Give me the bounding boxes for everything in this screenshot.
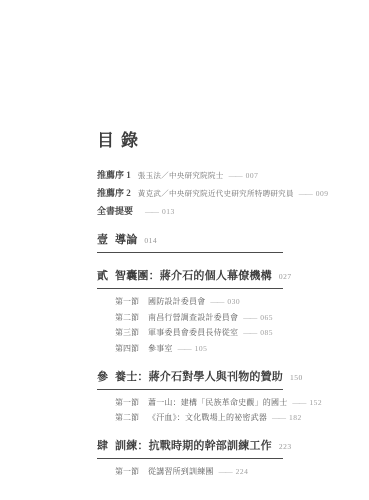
dash-separator: —— [292,398,305,407]
chapter-section-2: 貳 智囊團：蔣介石的個人幕僚機構 027 第一節 國防設計委員會 —— 030 … [97,267,283,354]
toc-item-row: 第二節 南昌行營調查設計委員會 —— 065 [115,312,283,323]
dash-separator: —— [145,207,158,216]
dash-separator: —— [178,344,191,353]
front-matter-label: 推薦序 2 [97,186,131,199]
book-page: 目錄 推薦序 1 張玉法／中央研究院院士 —— 007 推薦序 2 黃克武／中央… [0,0,369,500]
item-title: 軍事委員會委員長侍從室 [148,327,238,338]
dash-separator: —— [219,467,232,476]
dash-separator: —— [272,413,285,422]
front-matter-list: 推薦序 1 張玉法／中央研究院院士 —— 007 推薦序 2 黃克武／中央研究院… [97,168,283,217]
chapter-page-number: 223 [279,442,292,451]
chapter-page-number: 150 [290,373,303,382]
chapter-heading: 貳 智囊團：蔣介石的個人幕僚機構 027 [97,267,283,289]
item-title: 從講習所到訓練團 [148,466,214,477]
chapter-heading: 肆 訓練：抗戰時期的幹部訓練工作 223 [97,437,283,459]
front-matter-author: 張玉法／中央研究院院士 [138,170,224,181]
page-number: 085 [260,328,273,337]
dash-separator: —— [299,189,312,198]
toc-item-row: 第四節 參事室 —— 105 [115,343,283,354]
item-label: 第一節 [115,466,139,477]
toc-item-row: 第一節 國防設計委員會 —— 030 [115,296,283,307]
chapter-heading: 壹 導論 014 [97,231,283,253]
chapter-list: 壹 導論 014 貳 智囊團：蔣介石的個人幕僚機構 027 第一節 國防設計委員… [97,231,283,477]
page-number: 009 [316,189,329,198]
page-number: 152 [309,398,322,407]
item-label: 第四節 [115,343,139,354]
chapter-page-number: 027 [279,272,292,281]
item-title: 參事室 [148,343,173,354]
chapter-item-list: 第一節 從講習所到訓練團 —— 224 [97,466,283,477]
dash-separator: —— [243,313,256,322]
chapter-number: 貳 [97,267,108,283]
chapter-title: 養士：蔣介石對學人與刊物的贊助 [115,368,283,384]
page-number: 182 [289,413,302,422]
toc-item-row: 第二節 《汗血》：文化戰場上的祕密武器 —— 182 [115,412,283,423]
page-title: 目錄 [97,126,283,151]
item-title: 國防設計委員會 [148,296,205,307]
item-title: 南昌行營調查設計委員會 [148,312,238,323]
chapter-item-list: 第一節 國防設計委員會 —— 030 第二節 南昌行營調查設計委員會 —— 06… [97,296,283,354]
chapter-section-1: 壹 導論 014 [97,231,283,253]
toc-item-row: 第三節 軍事委員會委員長侍從室 —— 085 [115,327,283,338]
chapter-number: 參 [97,368,108,384]
chapter-item-list: 第一節 蕭一山：建構「民族革命史觀」的國士 —— 152 第二節 《汗血》：文化… [97,397,283,424]
front-matter-label: 推薦序 1 [97,168,131,181]
chapter-heading: 參 養士：蔣介石對學人與刊物的贊助 150 [97,368,283,390]
dash-separator: —— [243,328,256,337]
chapter-number: 肆 [97,437,108,453]
item-title: 《汗血》：文化戰場上的祕密武器 [148,412,267,423]
chapter-page-number: 014 [144,236,157,245]
chapter-section-3: 參 養士：蔣介石對學人與刊物的贊助 150 第一節 蕭一山：建構「民族革命史觀」… [97,368,283,424]
chapter-section-4: 肆 訓練：抗戰時期的幹部訓練工作 223 第一節 從講習所到訓練團 —— 224 [97,437,283,477]
front-matter-author: 黃克武／中央研究院近代史研究所特聘研究員 [138,188,294,199]
item-label: 第三節 [115,327,139,338]
page-number: 105 [195,344,208,353]
dash-separator: —— [210,297,223,306]
page-number: 030 [227,297,240,306]
chapter-title: 智囊團：蔣介石的個人幕僚機構 [115,267,272,283]
front-matter-row: 推薦序 2 黃克武／中央研究院近代史研究所特聘研究員 —— 009 [97,186,283,199]
item-title: 蕭一山：建構「民族革命史觀」的國士 [148,397,287,408]
item-label: 第一節 [115,397,139,408]
toc-item-row: 第一節 蕭一山：建構「民族革命史觀」的國士 —— 152 [115,397,283,408]
chapter-number: 壹 [97,231,108,247]
chapter-title: 訓練：抗戰時期的幹部訓練工作 [115,437,272,453]
table-of-contents: 目錄 推薦序 1 張玉法／中央研究院院士 —— 007 推薦序 2 黃克武／中央… [97,126,283,482]
dash-separator: —— [229,171,242,180]
page-number: 065 [260,313,273,322]
front-matter-label: 全書提要 [97,204,133,217]
item-label: 第一節 [115,296,139,307]
page-number: 007 [246,171,259,180]
page-number: 224 [236,467,249,476]
front-matter-row: 全書提要 —— 013 [97,204,283,217]
page-number: 013 [162,207,175,216]
toc-item-row: 第一節 從講習所到訓練團 —— 224 [115,466,283,477]
front-matter-row: 推薦序 1 張玉法／中央研究院院士 —— 007 [97,168,283,181]
item-label: 第二節 [115,412,139,423]
item-label: 第二節 [115,312,139,323]
chapter-title: 導論 [115,231,137,247]
